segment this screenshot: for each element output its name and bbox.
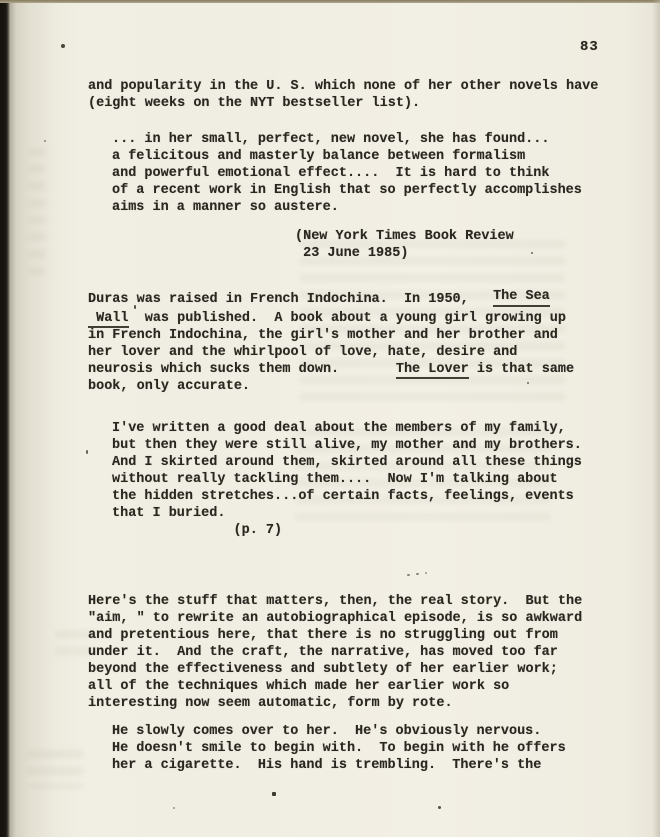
- text-segment: (New York Times Book Review: [295, 229, 514, 244]
- text-segment: I've written a good deal about the membe…: [112, 421, 566, 436]
- text-line: and popularity in the U. S. which none o…: [88, 78, 598, 95]
- text-segment: (eight weeks on the NYT bestseller list)…: [88, 96, 420, 111]
- text-line: book, only accurate.: [88, 378, 574, 395]
- text-line: interesting now seem automatic, form by …: [88, 695, 582, 712]
- text-line: I've written a good deal about the membe…: [112, 420, 582, 437]
- text-segment: interesting now seem automatic, form by …: [88, 696, 453, 711]
- text-line: the hidden stretches...of certain facts,…: [112, 488, 582, 505]
- text-line: (p. 7): [112, 522, 582, 539]
- text-line: "aim, " to rewrite an autobiographical e…: [88, 610, 582, 627]
- text-segment: Duras was raised in French Indochina. In…: [88, 292, 493, 307]
- para-critique: Here's the stuff that matters, then, the…: [88, 593, 582, 712]
- attribution-nyt: (New York Times Book Review 23 June 1985…: [295, 228, 514, 262]
- text-line: (eight weeks on the NYT bestseller list)…: [88, 95, 598, 112]
- underlined-book-title: The Lover: [396, 362, 469, 379]
- text-line: beyond the effectiveness and subtlety of…: [88, 661, 582, 678]
- text-segment: "aim, " to rewrite an autobiographical e…: [88, 611, 582, 626]
- text-segment: that I buried.: [112, 506, 225, 521]
- text-segment: a felicitous and masterly balance betwee…: [112, 149, 525, 164]
- text-segment: was published. A book about a young girl…: [129, 311, 566, 326]
- text-segment: aims in a manner so austere.: [112, 200, 339, 215]
- text-segment: (p. 7): [112, 523, 282, 538]
- underlined-book-title: The Sea: [493, 288, 550, 307]
- text-line: Here's the stuff that matters, then, the…: [88, 593, 582, 610]
- text-line: and pretentious here, that there is no s…: [88, 627, 582, 644]
- text-line: and powerful emotional effect.... It is …: [112, 165, 582, 182]
- text-segment: Here's the stuff that matters, then, the…: [88, 594, 582, 609]
- text-segment: 23 June 1985): [295, 246, 408, 261]
- text-segment: and pretentious here, that there is no s…: [88, 628, 558, 643]
- quote-nyt-review: ... in her small, perfect, new novel, sh…: [112, 131, 582, 216]
- text-segment: neurosis which sucks them down.: [88, 362, 396, 377]
- text-line: And I skirted around them, skirted aroun…: [112, 454, 582, 471]
- text-segment: her lover and the whirlpool of love, hat…: [88, 345, 517, 360]
- text-line: her a cigarette. His hand is trembling. …: [112, 757, 566, 774]
- text-segment: beyond the effectiveness and subtlety of…: [88, 662, 558, 677]
- underlined-book-title: Wall: [88, 311, 129, 328]
- text-segment: all of the techniques which made her ear…: [88, 679, 509, 694]
- text-segment: He doesn't smile to begin with. To begin…: [112, 741, 566, 756]
- text-line: all of the techniques which made her ear…: [88, 678, 582, 695]
- text-line: Duras was raised in French Indochina. In…: [88, 291, 574, 310]
- text-line: her lover and the whirlpool of love, hat…: [88, 344, 574, 361]
- quote-lover-excerpt: He slowly comes over to her. He's obviou…: [112, 723, 566, 774]
- para-duras-history: Duras was raised in French Indochina. In…: [88, 291, 574, 395]
- text-segment: and powerful emotional effect.... It is …: [112, 166, 549, 181]
- text-line: He doesn't smile to begin with. To begin…: [112, 740, 566, 757]
- text-segment: of a recent work in English that so perf…: [112, 183, 582, 198]
- text-segment: in French Indochina, the girl's mother a…: [88, 328, 558, 343]
- text-line: of a recent work in English that so perf…: [112, 182, 582, 199]
- text-segment: and popularity in the U. S. which none o…: [88, 79, 598, 94]
- para-intro: and popularity in the U. S. which none o…: [88, 78, 598, 112]
- text-line: (New York Times Book Review: [295, 228, 514, 245]
- text-line: ... in her small, perfect, new novel, sh…: [112, 131, 582, 148]
- text-line: without really tackling them.... Now I'm…: [112, 471, 582, 488]
- text-segment: is that same: [469, 362, 574, 377]
- text-segment: book, only accurate.: [88, 379, 250, 394]
- text-segment: the hidden stretches...of certain facts,…: [112, 489, 574, 504]
- text-line: in French Indochina, the girl's mother a…: [88, 327, 574, 344]
- text-segment: without really tackling them.... Now I'm…: [112, 472, 558, 487]
- text-segment: He slowly comes over to her. He's obviou…: [112, 724, 541, 739]
- text-segment: but then they were still alive, my mothe…: [112, 438, 582, 453]
- text-segment: ... in her small, perfect, new novel, sh…: [112, 132, 549, 147]
- text-line: aims in a manner so austere.: [112, 199, 582, 216]
- quote-duras-family: I've written a good deal about the membe…: [112, 420, 582, 539]
- text-segment: under it. And the craft, the narrative, …: [88, 645, 558, 660]
- text-line: under it. And the craft, the narrative, …: [88, 644, 582, 661]
- text-line: a felicitous and masterly balance betwee…: [112, 148, 582, 165]
- text-layer: 83 and popularity in the U. S. which non…: [0, 0, 660, 837]
- text-line: He slowly comes over to her. He's obviou…: [112, 723, 566, 740]
- page-number: 83: [580, 39, 599, 56]
- text-line: that I buried.: [112, 505, 582, 522]
- text-line: 23 June 1985): [295, 245, 514, 262]
- text-segment: And I skirted around them, skirted aroun…: [112, 455, 582, 470]
- text-line: Wall was published. A book about a young…: [88, 310, 574, 327]
- text-segment: her a cigarette. His hand is trembling. …: [112, 758, 541, 773]
- text-line: but then they were still alive, my mothe…: [112, 437, 582, 454]
- text-line: neurosis which sucks them down. The Love…: [88, 361, 574, 378]
